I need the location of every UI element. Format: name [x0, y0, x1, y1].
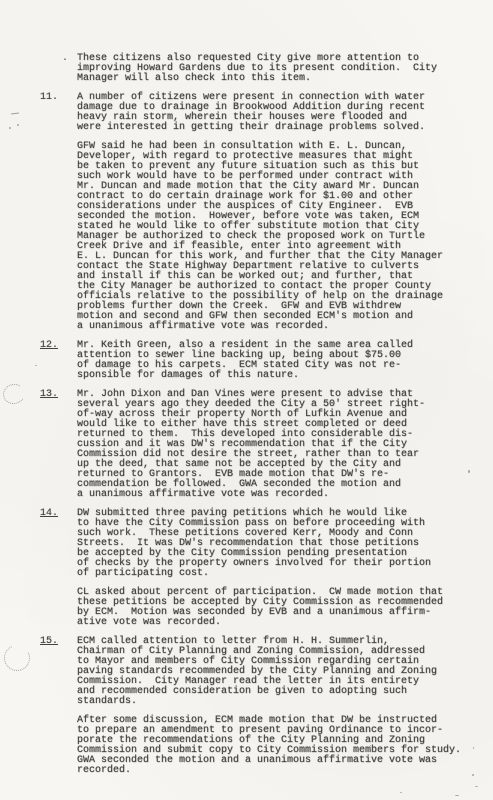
scan-speckle: [35, 365, 37, 366]
scan-speckle: [468, 470, 470, 473]
minutes-item-13-paragraph-1: Mr. John Dixon and Dan Vines were presen…: [77, 390, 493, 500]
minutes-item-11-paragraph-1: A number of citizens were present in con…: [77, 93, 493, 133]
item-number-12: 12.: [40, 341, 58, 351]
minutes-item-11-paragraph-2: GFW said he had been in consultation wit…: [77, 142, 493, 332]
minutes-item-15-paragraph-1: ECM called attention to letter from H. H…: [77, 637, 493, 707]
minutes-item-14-paragraph-2: CL asked about percent of participation.…: [77, 588, 493, 628]
minutes-item-15-paragraph-2: After some discussion, ECM made motion t…: [77, 716, 493, 776]
stray-period-mark: .: [62, 54, 68, 64]
minutes-item-14: 14. DW submitted three paving petitions …: [0, 509, 493, 628]
minutes-item-13: 13. Mr. John Dixon and Dan Vines were pr…: [0, 390, 493, 500]
minutes-item-12: 12. Mr. Keith Green, also a resident in …: [0, 341, 493, 381]
item-number-15: 15.: [40, 637, 58, 647]
scan-speckle: [472, 774, 474, 776]
minutes-item-11: 11. A number of citizens were present in…: [0, 93, 493, 332]
scan-speckle: [370, 745, 371, 746]
item-number-14: 14.: [40, 509, 58, 519]
scan-speckle: [9, 127, 11, 129]
scan-speckle: [473, 747, 474, 749]
item-number-11: 11.: [40, 93, 58, 103]
scan-speckle: [17, 124, 19, 126]
minutes-intro-paragraph-row: . These citizens also requested City giv…: [0, 54, 493, 84]
minutes-intro-paragraph: These citizens also requested City give …: [77, 54, 493, 84]
scan-speckle: [400, 792, 402, 793]
minutes-text-block: . These citizens also requested City giv…: [0, 54, 493, 785]
minutes-item-12-paragraph-1: Mr. Keith Green, also a resident in the …: [77, 341, 493, 381]
item-number-13: 13.: [40, 390, 58, 400]
scan-speckle: [455, 795, 459, 796]
scan-speckle: [475, 786, 478, 787]
scanned-minutes-page: . These citizens also requested City giv…: [0, 0, 493, 800]
minutes-item-15: 15. ECM called attention to letter from …: [0, 637, 493, 776]
minutes-item-14-paragraph-1: DW submitted three paving petitions whic…: [77, 509, 493, 579]
